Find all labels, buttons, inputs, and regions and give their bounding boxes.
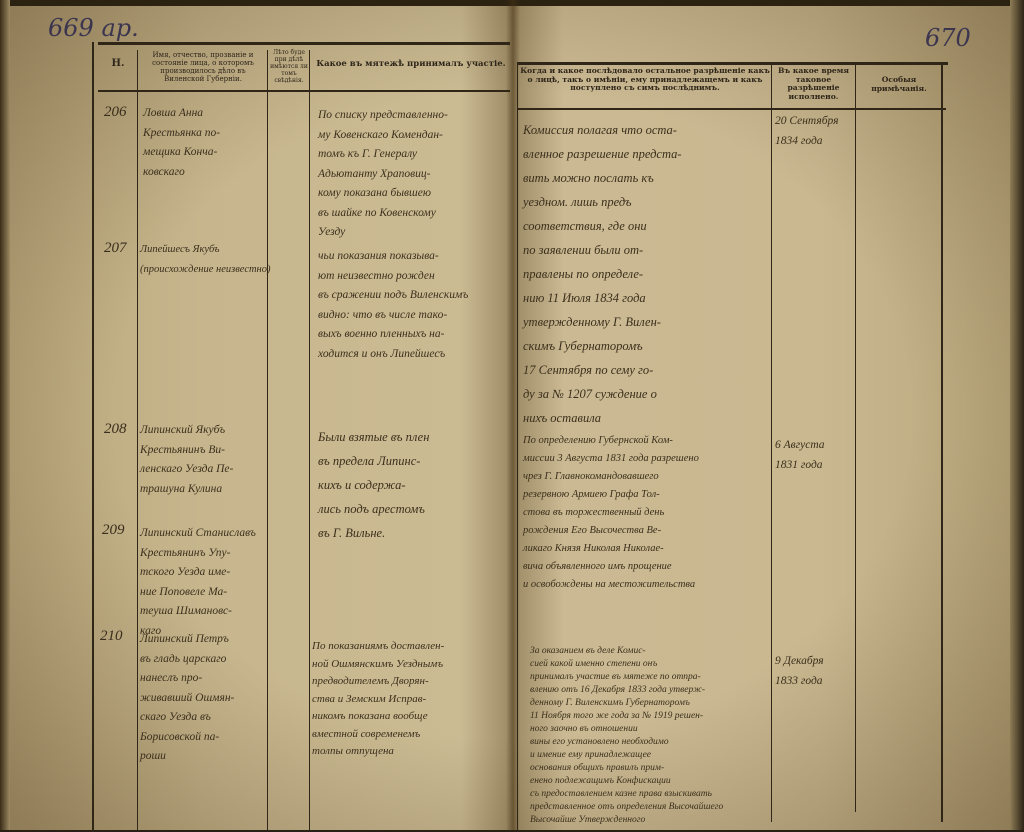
entry-participation: По списку представленно- му Ковенскаго К… [318, 106, 510, 243]
right-outer-column-line [941, 62, 943, 822]
entry-number: 206 [104, 104, 127, 121]
ledger-spread: 669 ap. 670 Н. Имя, отчество, прозваніе … [0, 0, 1024, 830]
entry-name: Липинский Якубъ Крестьянинъ Ви- ленскаго… [140, 421, 267, 499]
header-trial-info: Лѣто буде при дѣлѣ имѣются ли томъ свѣдѣ… [269, 50, 309, 84]
right-inner-column-line [517, 62, 518, 830]
entry-participation: чьи показания показыва- ют неизвестно ро… [318, 247, 510, 364]
book-right-edge [1010, 0, 1024, 830]
entry-resolution: По определению Губернской Ком- миссии 3 … [523, 432, 773, 594]
entry-number: 209 [102, 522, 125, 539]
entry-executed: 20 Сентября 1834 года [775, 112, 855, 151]
entry-executed: 9 Декабря 1833 года [775, 652, 855, 691]
entry-name: Липинский Станиславъ Крестьянинъ Упу- тс… [140, 524, 267, 641]
right-top-rule [518, 62, 948, 65]
header-name: Имя, отчество, прозваніе и состояніе лиц… [140, 51, 266, 83]
entry-participation: По показаниямъ доставлен- ной Ошмянскимъ… [312, 638, 512, 761]
entry-number: 208 [104, 421, 127, 438]
left-outer-column-line [92, 42, 94, 830]
entry-resolution: Комиссия полагая что оста- вленное разре… [523, 118, 771, 430]
book-left-edge [0, 0, 10, 830]
entry-name: Липейшесъ Якубъ (происхождение неизвестн… [140, 240, 300, 279]
entry-participation: Были взятые въ плен въ предела Липинс- к… [318, 425, 508, 545]
right-page-number: 670 [925, 24, 971, 52]
col-line-trial [309, 50, 310, 830]
left-header-bottom-rule [98, 90, 510, 92]
col-line-name [267, 50, 268, 830]
header-number: Н. [100, 58, 136, 70]
entry-number: 210 [100, 628, 123, 645]
entry-name: Ловша Анна Крестьянка по- мещика Конча- … [143, 104, 267, 182]
header-notes: Особыя примѣчанія. [857, 76, 941, 93]
left-top-rule [98, 42, 510, 45]
header-resolution: Когда и какое послѣдовало остальное разр… [520, 67, 770, 93]
col-line-number [137, 50, 138, 830]
right-header-bottom-rule [518, 108, 946, 110]
header-executed: Въ какое время таковое разрѣшеніе исполн… [773, 67, 854, 102]
entry-number: 207 [104, 240, 127, 257]
left-page-number: 669 ap. [48, 14, 139, 42]
entry-name: Липинский Петръ въ гладь царскаго нанесл… [140, 630, 267, 767]
entry-executed: 6 Августа 1831 года [775, 436, 855, 475]
header-participation: Какое въ мятежѣ принималъ участіе. [312, 60, 510, 70]
